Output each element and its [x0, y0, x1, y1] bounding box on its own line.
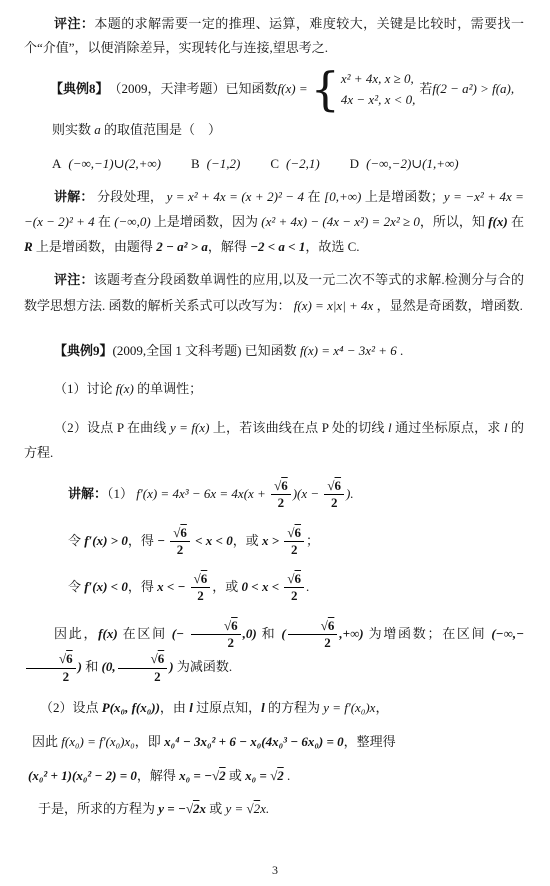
math-segment: (0, [102, 659, 116, 674]
math-segment: f(x) [488, 214, 508, 229]
math-segment: (x₀² + 1)(x₀² − 2) = 0 [28, 768, 137, 783]
example9-heading: 【典例9】(2009,全国 1 文科考题) 已知函数 f(x) = x⁴ − 3… [24, 339, 524, 363]
math-segment: y = x² + 4x = (x + 2)² − 4 [167, 189, 304, 204]
text-segment: 【典例9】 [54, 343, 113, 358]
math-segment: x₀ = −√2 [179, 768, 225, 783]
math-segment: < x < 0 [192, 532, 233, 547]
monotonicity-conclusion: 因此，f(x) 在区间 (− √62,0) 和 (√62,+∞) 为增函数；在区… [24, 618, 524, 685]
math-segment: f(x₀) = f′(x₀)x₀ [61, 734, 135, 749]
text-segment: 在区间 [118, 626, 172, 641]
text-segment: ，由 [160, 700, 189, 715]
math-segment: − [157, 532, 168, 547]
math-segment: 2 − a² > a [156, 239, 208, 254]
math-fraction: √62 [324, 479, 344, 511]
text-segment: . [306, 579, 309, 594]
piecewise-cases: x² + 4x, x ≥ 0, 4x − x², x < 0, [341, 70, 416, 108]
page-number: 3 [0, 863, 550, 878]
text-segment: . [397, 343, 404, 358]
math-fraction: √62 [170, 526, 190, 558]
math-segment: f′(x) = 4x³ − 6x = 4x(x + [136, 486, 269, 501]
math-fraction: √62 [284, 526, 304, 558]
document-page: 评注：本题的求解需要一定的推理、运算，难度较大，关键是比较时，需要找一个“介值”… [0, 0, 550, 886]
text-segment: 或 [206, 801, 226, 816]
text-segment: ，或 [233, 532, 262, 547]
example8-heading: 【典例8】 （2009，天津考题）已知函数 f(x) = { x² + 4x, … [24, 66, 524, 112]
math-segment: x₀ = √2 [245, 768, 284, 783]
text-segment: 在 [95, 214, 115, 229]
part2-result-line: 于是，所求的方程为 y = −√2x 或 y = √2x. [24, 799, 524, 820]
text-segment: . [284, 768, 291, 783]
text-segment: ，得 [128, 579, 157, 594]
piecewise-brace: { [311, 66, 340, 112]
math-segment: f(x) [98, 626, 118, 641]
math-fraction: √62 [284, 572, 304, 604]
text-segment: （1）讨论 [54, 381, 116, 396]
inequality-positive-line: 令 f′(x) > 0，得 − √62 < x < 0，或 x > √62； [24, 525, 524, 559]
condition-connector: 若 [419, 80, 432, 98]
example9-question-2: （2）设点 P 在曲线 y = f(x) 上，若该曲线在点 P 处的切线 l 通… [24, 415, 524, 465]
question-line: 则实数 a 的取值范围是（ ） [24, 118, 524, 142]
text-segment: 讲解： [54, 189, 94, 204]
math-segment: )(x − [293, 486, 323, 501]
example8-source: （2009，天津考题）已知函数 [109, 80, 278, 98]
text-segment: 评注： [54, 272, 94, 287]
math-fraction: √62 [118, 652, 168, 684]
text-segment: （1） [107, 486, 136, 501]
text-segment: 在 [508, 214, 524, 229]
function-definition: f(x) = [278, 80, 308, 98]
option-d: D (−∞,−2)∪(1,+∞) [350, 152, 459, 176]
math-segment: y = −√2x [158, 801, 206, 816]
example9-question-1: （1）讨论 f(x) 的单调性； [24, 377, 524, 401]
text-segment: ， [375, 700, 388, 715]
math-segment: ( [281, 626, 285, 641]
text-segment: 于是，所求的方程为 [38, 801, 158, 816]
option-c-label: C [270, 152, 279, 176]
text-segment: ，得 [128, 532, 157, 547]
option-d-value: (−∞,−2)∪(1,+∞) [366, 152, 459, 176]
text-segment: ； [306, 532, 319, 547]
text-segment: 讲解： [68, 486, 107, 501]
math-segment: x > [262, 532, 282, 547]
option-b: B (−1,2) [191, 152, 240, 176]
text-segment: 或 [226, 768, 246, 783]
text-segment: 令 [68, 579, 84, 594]
option-c: C (−2,1) [270, 152, 319, 176]
inequality-negative-line: 令 f′(x) < 0，得 x < − √62，或 0 < x < √62. [24, 571, 524, 605]
part2-roots-line: (x₀² + 1)(x₀² − 2) = 0，解得 x₀ = −√2 或 x₀ … [24, 766, 524, 787]
text-segment: (2009,全国 1 文科考题) 已知函数 [113, 343, 300, 358]
math-fraction: √62 [191, 619, 241, 651]
math-segment: P(x₀, f(x₀)) [102, 700, 160, 715]
condition-expression: f(2 − a²) > f(a), [432, 80, 514, 98]
example8-label: 【典例8】 [50, 80, 109, 98]
text-segment: 的取值范围是（ ） [101, 122, 221, 137]
text-segment: ，即 [135, 734, 164, 749]
text-segment: ，所以，知 [420, 214, 488, 229]
math-fraction: √62 [191, 572, 211, 604]
text-segment: ，整理得 [344, 734, 396, 749]
text-segment: 为减函数. [174, 659, 233, 674]
piecewise-case-1: x² + 4x, x ≥ 0, [341, 70, 416, 88]
math-segment: x₀⁴ − 3x₀² + 6 − x₀(4x₀³ − 6x₀) = 0 [164, 734, 344, 749]
text-segment: ，故选 C. [305, 239, 359, 254]
text-segment: 的单调性； [134, 381, 202, 396]
text-segment: 上是增函数，由题得 [33, 239, 157, 254]
text-segment: ，解得 [137, 768, 179, 783]
text-segment: （2）设点 P 在曲线 [54, 420, 170, 435]
text-segment: 分段处理， [94, 189, 167, 204]
text-segment: ，解得 [208, 239, 250, 254]
text-segment: 上，若该曲线在点 P 处的切线 [209, 420, 388, 435]
math-segment: ,0) [243, 626, 257, 641]
text-segment: ，显然是奇函数，增函数. [373, 298, 523, 313]
text-segment: 在 [304, 189, 324, 204]
option-b-label: B [191, 152, 200, 176]
math-segment: f(x) [116, 381, 134, 396]
option-a-value: (−∞,−1)∪(2,+∞) [68, 152, 161, 176]
math-segment: ,+∞) [339, 626, 363, 641]
example9-solution-derivative: 讲解：（1） f′(x) = 4x³ − 6x = 4x(x + √62)(x … [24, 478, 524, 512]
options-row: A (−∞,−1)∪(2,+∞) B (−1,2) C (−2,1) D (−∞… [24, 152, 524, 176]
option-a-label: A [52, 152, 61, 176]
math-segment: (− [172, 626, 189, 641]
text-segment: 和 [257, 626, 282, 641]
example8-solution: 讲解： 分段处理， y = x² + 4x = (x + 2)² − 4 在 [… [24, 184, 524, 259]
math-segment: [0,+∞) [324, 189, 361, 204]
math-segment: f′(x) < 0 [84, 579, 128, 594]
math-segment: f(x) = x|x| + 4x [294, 298, 374, 313]
text-segment: 的方程为 [265, 700, 324, 715]
text-segment: 本题的求解需要一定的推理、运算，难度较大，关键是比较时，需要找一个“介值”，以便… [24, 16, 524, 55]
math-segment: y = f(x) [170, 420, 209, 435]
math-segment: −2 < a < 1 [250, 239, 305, 254]
math-segment: f(x) = x⁴ − 3x² + 6 [300, 343, 397, 358]
math-segment: f′(x) > 0 [84, 532, 128, 547]
math-segment: (x² + 4x) − (4x − x²) = 2x² ≥ 0 [261, 214, 420, 229]
math-segment: 0 < x < [242, 579, 283, 594]
math-segment: (−∞,0) [114, 214, 150, 229]
text-segment: 因此 [32, 734, 61, 749]
math-fraction: √62 [288, 619, 338, 651]
math-fraction: √62 [26, 652, 76, 684]
text-segment: 上是增函数； [361, 189, 444, 204]
text-segment: ，或 [212, 579, 241, 594]
text-segment: 和 [82, 659, 102, 674]
text-segment: 评注： [54, 16, 94, 31]
math-segment: R [24, 239, 33, 254]
math-fraction: √62 [271, 479, 291, 511]
math-segment: ). [346, 486, 354, 501]
option-d-label: D [350, 152, 359, 176]
option-a: A (−∞,−1)∪(2,+∞) [52, 152, 161, 176]
text-segment: 则实数 [52, 122, 94, 137]
text-segment: 为增函数；在区间 [364, 626, 492, 641]
text-segment: 上是增函数，因为 [151, 214, 262, 229]
option-b-value: (−1,2) [207, 152, 241, 176]
part2-equation-line: 因此 f(x₀) = f′(x₀)x₀，即 x₀⁴ − 3x₀² + 6 − x… [24, 732, 524, 753]
math-segment: (−∞,− [491, 626, 524, 641]
text-segment: （2）设点 [40, 700, 102, 715]
remark-paragraph-1: 评注：本题的求解需要一定的推理、运算，难度较大，关键是比较时，需要找一个“介值”… [24, 12, 524, 60]
piecewise-case-2: 4x − x², x < 0, [341, 91, 416, 109]
text-segment: 因此， [54, 626, 98, 641]
text-segment: 过原点知， [193, 700, 261, 715]
math-segment: x < − [157, 579, 189, 594]
text-segment: 通过坐标原点，求 [392, 420, 504, 435]
option-c-value: (−2,1) [286, 152, 320, 176]
math-segment: y = √2x. [225, 801, 269, 816]
part2-setup-line: （2）设点 P(x₀, f(x₀))，由 l 过原点知，l 的方程为 y = f… [24, 698, 524, 719]
example8-remark: 评注：该题考查分段函数单调性的应用,以及一元二次不等式的求解.检测分与合的数学思… [24, 267, 524, 319]
math-segment: y = f′(x₀)x [323, 700, 375, 715]
text-segment: 令 [68, 532, 84, 547]
